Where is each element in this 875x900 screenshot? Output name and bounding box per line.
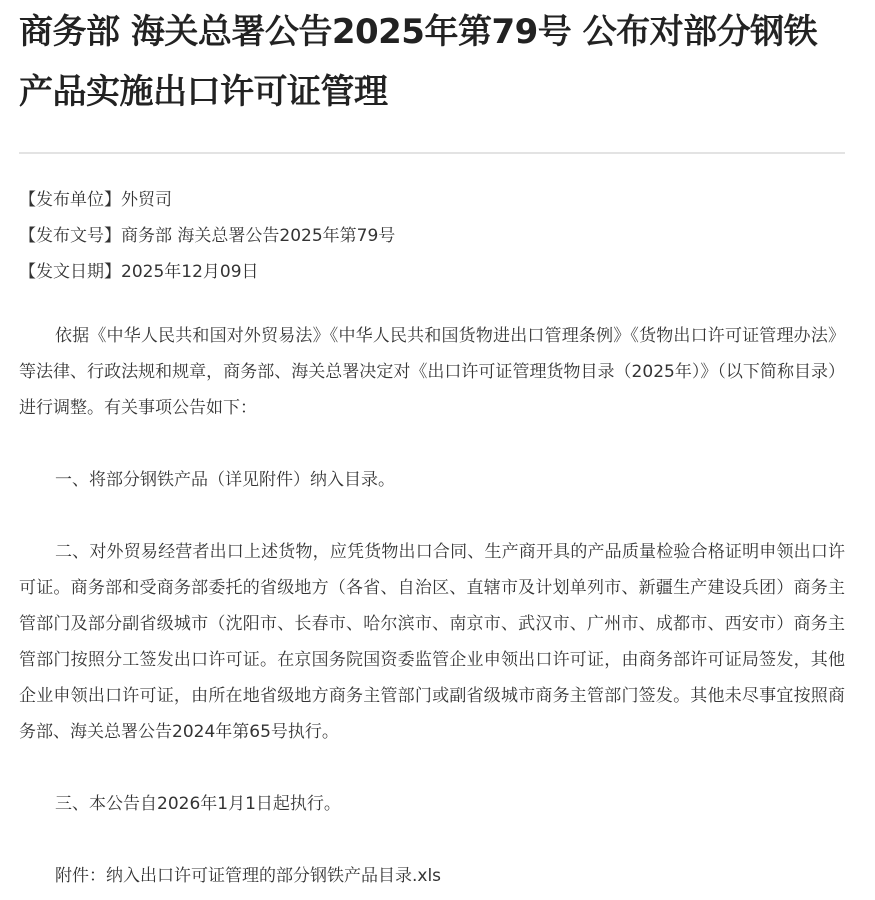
meta-value: 外贸司 xyxy=(121,190,172,210)
paragraph-item-3: 三、本公告自2026年1月1日起执行。 xyxy=(19,786,845,822)
meta-doc-number: 【发布文号】商务部 海关总署公告2025年第79号 xyxy=(19,218,845,254)
article-meta: 【发布单位】外贸司 【发布文号】商务部 海关总署公告2025年第79号 【发文日… xyxy=(19,182,845,290)
attachment: 附件：纳入出口许可证管理的部分钢铁产品目录.xls xyxy=(19,858,845,894)
meta-date: 【发文日期】2025年12月09日 xyxy=(19,254,845,290)
paragraph-item-1: 一、将部分钢铁产品（详见附件）纳入目录。 xyxy=(19,462,845,498)
meta-value: 商务部 海关总署公告2025年第79号 xyxy=(121,226,395,246)
meta-label: 【发文日期】 xyxy=(19,262,121,282)
page-title: 商务部 海关总署公告2025年第79号 公布对部分钢铁产品实施出口许可证管理 xyxy=(19,0,845,122)
paragraph-intro: 依据《中华人民共和国对外贸易法》《中华人民共和国货物进出口管理条例》《货物出口许… xyxy=(19,318,845,426)
title-divider xyxy=(19,152,845,154)
paragraph-item-2: 二、对外贸易经营者出口上述货物，应凭货物出口合同、生产商开具的产品质量检验合格证… xyxy=(19,534,845,750)
attachment-link[interactable]: 纳入出口许可证管理的部分钢铁产品目录.xls xyxy=(106,866,441,886)
article: 商务部 海关总署公告2025年第79号 公布对部分钢铁产品实施出口许可证管理 【… xyxy=(0,0,875,894)
meta-issuer: 【发布单位】外贸司 xyxy=(19,182,845,218)
meta-label: 【发布文号】 xyxy=(19,226,121,246)
article-body: 依据《中华人民共和国对外贸易法》《中华人民共和国货物进出口管理条例》《货物出口许… xyxy=(19,318,845,894)
meta-value: 2025年12月09日 xyxy=(121,262,259,282)
meta-label: 【发布单位】 xyxy=(19,190,121,210)
attachment-label: 附件： xyxy=(55,866,106,886)
